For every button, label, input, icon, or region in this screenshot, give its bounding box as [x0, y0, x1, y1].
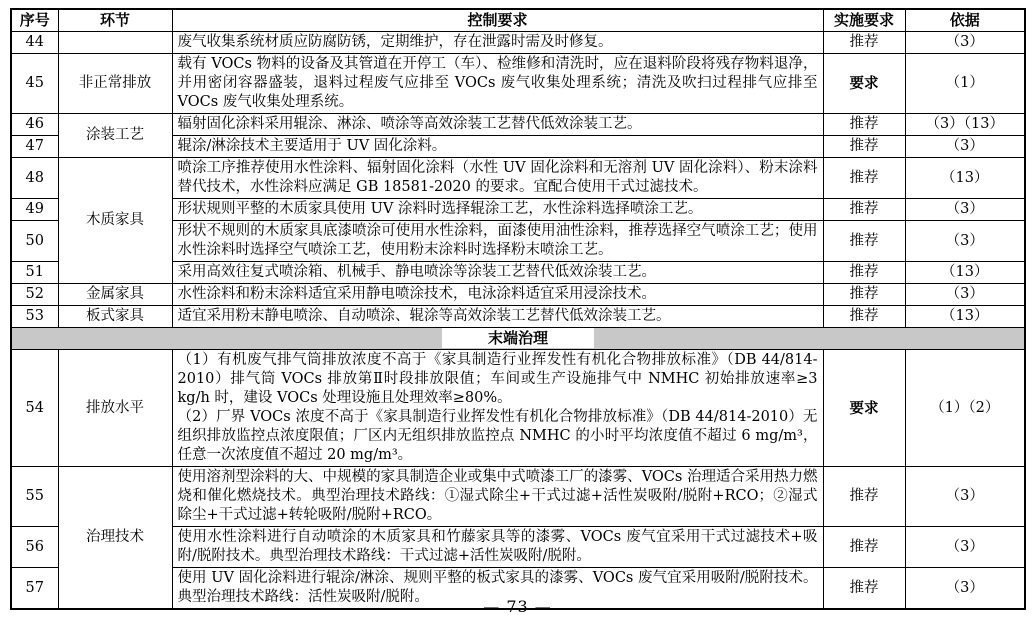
- cell-requirement: 喷涂工序推荐使用水性涂料、辐射固化涂料（水性 UV 固化涂料和无溶剂 UV 固化…: [172, 158, 823, 199]
- section-header-row: 末端治理: [11, 328, 1025, 350]
- table-row: 45 非正常排放 载有 VOCs 物料的设备及其管道在开停工（车）、检维修和清洗…: [11, 54, 1025, 114]
- header-stage: 环节: [58, 9, 172, 32]
- cell-requirement: 辊涂/淋涂技术主要适用于 UV 固化涂料。: [172, 136, 823, 158]
- header-implementation: 实施要求: [823, 9, 905, 32]
- section-header-label: 末端治理: [442, 328, 594, 348]
- cell-basis: （13）: [905, 262, 1025, 284]
- table-body: 44 废气收集系统材质应防腐防锈，定期维护，存在泄露时需及时修复。 推荐 （3）…: [11, 32, 1025, 610]
- cell-no: 47: [11, 136, 58, 158]
- header-row: 序号 环节 控制要求 实施要求 依据: [11, 9, 1025, 32]
- table-row: 55 治理技术 使用溶剂型涂料的大、中规模的家具制造企业或集中式喷漆工厂的漆雾、…: [11, 467, 1025, 527]
- table-row: 52 金属家具 水性涂料和粉末涂料适宜采用静电喷涂技术，电泳涂料适宜采用浸涂技术…: [11, 284, 1025, 306]
- cell-implementation: 推荐: [823, 158, 905, 199]
- cell-basis: （1）（2）: [905, 350, 1025, 467]
- cell-stage: 板式家具: [58, 306, 172, 328]
- cell-requirement: 使用水性涂料进行自动喷涂的木质家具和竹藤家具等的漆雾、VOCs 废气宜采用干式过…: [172, 527, 823, 568]
- cell-implementation: 推荐: [823, 114, 905, 136]
- cell-basis: （1）: [905, 54, 1025, 114]
- cell-implementation: 推荐: [823, 136, 905, 158]
- cell-implementation: 推荐: [823, 262, 905, 284]
- cell-implementation: 推荐: [823, 284, 905, 306]
- section-header-cell: 末端治理: [11, 328, 1025, 350]
- cell-implementation: 推荐: [823, 467, 905, 527]
- cell-basis: （13）: [905, 306, 1025, 328]
- cell-no: 53: [11, 306, 58, 328]
- cell-stage: 非正常排放: [58, 54, 172, 114]
- document-page: 序号 环节 控制要求 实施要求 依据 44 废气收集系统材质应防腐防锈，定期维护…: [0, 0, 1035, 625]
- cell-implementation: 要求: [823, 54, 905, 114]
- cell-no: 52: [11, 284, 58, 306]
- table-header: 序号 环节 控制要求 实施要求 依据: [11, 9, 1025, 32]
- cell-requirement: 废气收集系统材质应防腐防锈，定期维护，存在泄露时需及时修复。: [172, 32, 823, 54]
- cell-no: 50: [11, 221, 58, 262]
- cell-no: 46: [11, 114, 58, 136]
- cell-no: 56: [11, 527, 58, 568]
- cell-stage: 排放水平: [58, 350, 172, 467]
- cell-requirement: 采用高效往复式喷涂箱、机械手、静电喷涂等涂装工艺替代低效涂装工艺。: [172, 262, 823, 284]
- header-no: 序号: [11, 9, 58, 32]
- cell-no: 51: [11, 262, 58, 284]
- table-row: 53 板式家具 适宜采用粉末静电喷涂、自动喷涂、辊涂等高效涂装工艺替代低效涂装工…: [11, 306, 1025, 328]
- cell-basis: （3）: [905, 527, 1025, 568]
- cell-implementation: 推荐: [823, 527, 905, 568]
- cell-no: 45: [11, 54, 58, 114]
- cell-requirement: 辐射固化涂料采用辊涂、淋涂、喷涂等高效涂装工艺替代低效涂装工艺。: [172, 114, 823, 136]
- cell-basis: （13）: [905, 158, 1025, 199]
- cell-basis: （3）: [905, 199, 1025, 221]
- cell-no: 49: [11, 199, 58, 221]
- header-basis: 依据: [905, 9, 1025, 32]
- cell-stage: 治理技术: [58, 467, 172, 610]
- cell-implementation: 推荐: [823, 306, 905, 328]
- table-row: 48 木质家具 喷涂工序推荐使用水性涂料、辐射固化涂料（水性 UV 固化涂料和无…: [11, 158, 1025, 199]
- table-row: 44 废气收集系统材质应防腐防锈，定期维护，存在泄露时需及时修复。 推荐 （3）: [11, 32, 1025, 54]
- cell-no: 48: [11, 158, 58, 199]
- cell-requirement: 载有 VOCs 物料的设备及其管道在开停工（车）、检维修和清洗时，应在退料阶段将…: [172, 54, 823, 114]
- cell-implementation: 推荐: [823, 199, 905, 221]
- cell-implementation: 要求: [823, 350, 905, 467]
- page-number: — 73 —: [0, 597, 1035, 616]
- cell-requirement: 水性涂料和粉末涂料适宜采用静电喷涂技术，电泳涂料适宜采用浸涂技术。: [172, 284, 823, 306]
- cell-basis: （3）: [905, 32, 1025, 54]
- cell-requirement: 使用溶剂型涂料的大、中规模的家具制造企业或集中式喷漆工厂的漆雾、VOCs 治理适…: [172, 467, 823, 527]
- cell-basis: （3）: [905, 284, 1025, 306]
- cell-no: 54: [11, 350, 58, 467]
- cell-basis: （3）: [905, 467, 1025, 527]
- cell-basis: （3）: [905, 136, 1025, 158]
- table-row: 54 排放水平 （1）有机废气排气筒排放浓度不高于《家具制造行业挥发性有机化合物…: [11, 350, 1025, 467]
- cell-stage: 涂装工艺: [58, 114, 172, 158]
- control-requirements-table: 序号 环节 控制要求 实施要求 依据 44 废气收集系统材质应防腐防锈，定期维护…: [10, 8, 1026, 610]
- cell-implementation: 推荐: [823, 32, 905, 54]
- cell-requirement: 形状不规则的木质家具底漆喷涂可使用水性涂料，面漆使用油性涂料，推荐选择空气喷涂工…: [172, 221, 823, 262]
- cell-requirement: 形状规则平整的木质家具使用 UV 涂料时选择辊涂工艺，水性涂料选择喷涂工艺。: [172, 199, 823, 221]
- cell-stage: 金属家具: [58, 284, 172, 306]
- cell-basis: （3）: [905, 221, 1025, 262]
- header-requirement: 控制要求: [172, 9, 823, 32]
- cell-stage: 木质家具: [58, 158, 172, 284]
- cell-stage: [58, 32, 172, 54]
- cell-no: 55: [11, 467, 58, 527]
- table-row: 46 涂装工艺 辐射固化涂料采用辊涂、淋涂、喷涂等高效涂装工艺替代低效涂装工艺。…: [11, 114, 1025, 136]
- cell-requirement: 适宜采用粉末静电喷涂、自动喷涂、辊涂等高效涂装工艺替代低效涂装工艺。: [172, 306, 823, 328]
- cell-basis: （3）（13）: [905, 114, 1025, 136]
- cell-implementation: 推荐: [823, 221, 905, 262]
- cell-requirement: （1）有机废气排气筒排放浓度不高于《家具制造行业挥发性有机化合物排放标准》（DB…: [172, 350, 823, 467]
- cell-no: 44: [11, 32, 58, 54]
